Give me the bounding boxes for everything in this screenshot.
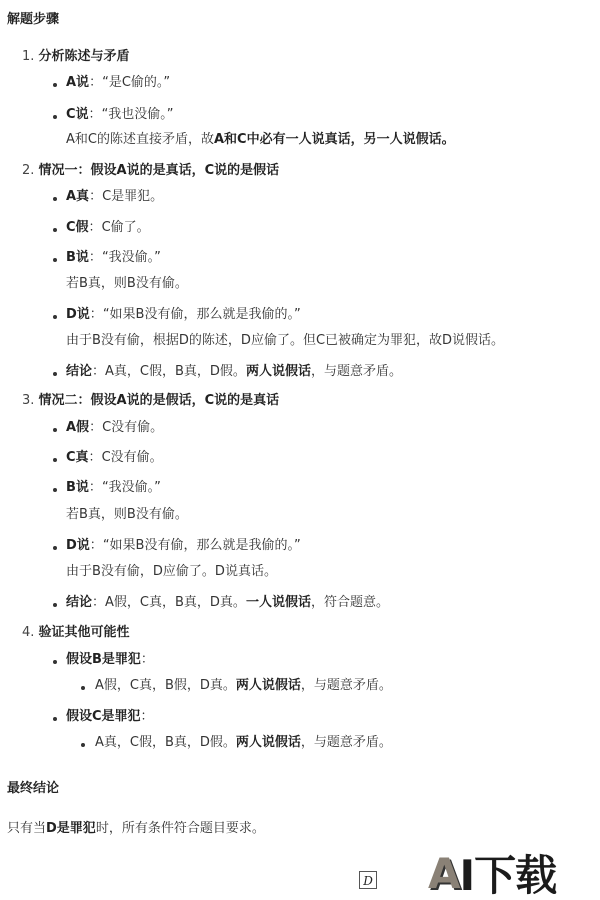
list-item-note: 由于B没有偷，D应偷了。D说真话。 [66,563,277,581]
list-item-note: 由于B没有偷，根据D的陈述，D应偷了。但C已被确定为罪犯，故D说假话。 [66,332,504,350]
sub-list-item: A假，C真，B假，D真。两人说假话，与题意矛盾。 [95,677,392,695]
list-item: C说：“我也没偷。” [66,106,174,124]
bullet-icon [53,372,57,376]
list-item: 假设B是罪犯： [66,651,154,669]
sub-list-item: A真，C假，B真，D假。两人说假话，与题意矛盾。 [95,734,392,752]
list-item: C假：C偷了。 [66,219,150,237]
list-item: B说：“我没偷。” [66,249,161,267]
bullet-icon [53,115,57,119]
heading-final-conclusion: 最终结论 [7,777,59,796]
list-item: C真：C没有偷。 [66,449,163,467]
bullet-icon [53,660,57,664]
bullet-icon [53,197,57,201]
bullet-icon [53,546,57,550]
bullet-icon [53,428,57,432]
list-item: 假设C是罪犯： [66,708,154,726]
list-item: D说：“如果B没有偷，那么就是我偷的。” [66,537,301,555]
list-item: A说：“是C偷的。” [66,74,170,92]
bullet-icon [53,488,57,492]
list-item-note: 若B真，则B没有偷。 [66,506,188,524]
list-item-conclusion: 结论：A假，C真，B真，D真。一人说假话，符合题意。 [66,594,389,612]
bullet-icon [53,83,57,87]
list-item: B说：“我没偷。” [66,479,161,497]
section-2-title: 2. 情况一：假设A说的是真话，C说的是假话 [22,162,279,180]
list-item-conclusion: 结论：A真，C假，B真，D假。两人说假话，与题意矛盾。 [66,363,402,381]
bullet-icon [53,717,57,721]
bullet-icon [81,686,85,690]
bullet-icon [53,458,57,462]
bullet-icon [53,603,57,607]
section-1-title: 1. 分析陈述与矛盾 [22,48,130,66]
boxed-answer: D [359,871,377,889]
section-3-title: 3. 情况二：假设A说的是假话，C说的是真话 [22,392,279,410]
list-item: A真：C是罪犯。 [66,188,163,206]
watermark-logo: AI下载 [428,850,556,896]
bullet-icon [53,315,57,319]
bullet-icon [81,743,85,747]
section-4-title: 4. 验证其他可能性 [22,624,130,642]
bullet-icon [53,258,57,262]
list-item-note: A和C的陈述直接矛盾，故A和C中必有一人说真话，另一人说假话。 [66,131,455,149]
list-item: A假：C没有偷。 [66,419,163,437]
list-item-note: 若B真，则B没有偷。 [66,275,188,293]
bullet-icon [53,228,57,232]
list-item: D说：“如果B没有偷，那么就是我偷的。” [66,306,301,324]
heading-solution-steps: 解题步骤 [7,8,59,27]
final-conclusion-text: 只有当D是罪犯时，所有条件符合题目要求。 [7,820,265,838]
